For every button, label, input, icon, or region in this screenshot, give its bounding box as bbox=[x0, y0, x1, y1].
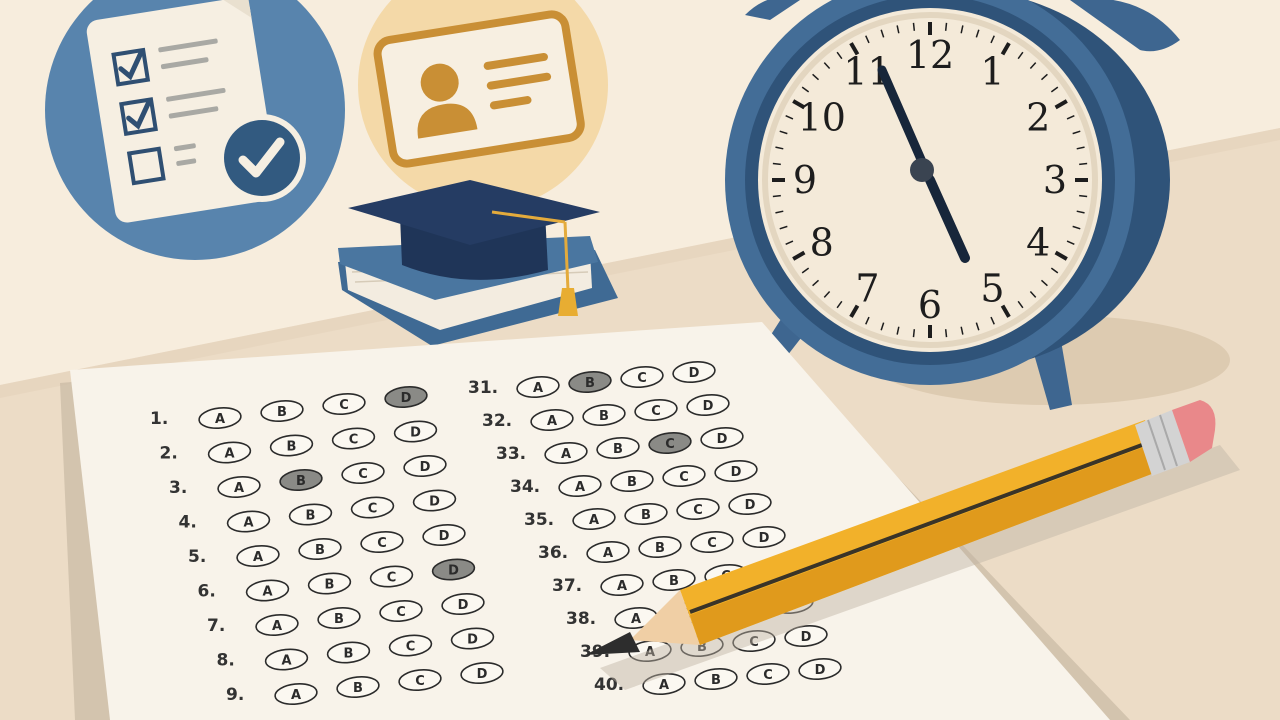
question-number: 34. bbox=[510, 477, 540, 497]
bubble-letter: C bbox=[637, 371, 647, 386]
clock-number-5: 5 bbox=[980, 266, 1004, 310]
bubble-letter: C bbox=[396, 605, 406, 620]
bubble-letter: B bbox=[344, 647, 354, 662]
bubble-letter: A bbox=[547, 414, 557, 429]
bubble-letter: D bbox=[689, 366, 700, 381]
bubble-letter: C bbox=[358, 467, 368, 482]
bubble-letter: D bbox=[815, 663, 826, 678]
clock-number-10: 10 bbox=[798, 96, 846, 140]
clock-number-7: 7 bbox=[855, 266, 879, 310]
exam-illustration: 121234567891011 1.ABCD2.ABCD3.ABCD4.ABCD… bbox=[0, 0, 1280, 720]
bubble-letter: C bbox=[707, 536, 717, 551]
clock-number-3: 3 bbox=[1043, 158, 1067, 202]
bubble-letter: B bbox=[296, 474, 306, 489]
bubble-letter: A bbox=[617, 579, 627, 594]
bubble-letter: D bbox=[801, 630, 812, 645]
bubble-letter: B bbox=[277, 405, 287, 420]
question-number: 38. bbox=[566, 609, 596, 629]
illustration-canvas: 121234567891011 1.ABCD2.ABCD3.ABCD4.ABCD… bbox=[0, 0, 1280, 720]
clock-number-8: 8 bbox=[810, 221, 834, 265]
bubble-letter: A bbox=[589, 513, 599, 528]
bubble-letter: D bbox=[458, 598, 469, 613]
question-number: 8. bbox=[217, 651, 235, 671]
bubble-letter: B bbox=[353, 681, 363, 696]
bubble-letter: C bbox=[339, 398, 349, 413]
bubble-letter: C bbox=[651, 404, 661, 419]
bubble-letter: A bbox=[262, 585, 272, 600]
bubble-letter: D bbox=[410, 426, 421, 441]
bubble-letter: B bbox=[627, 475, 637, 490]
bubble-letter: A bbox=[575, 480, 585, 495]
bubble-letter: A bbox=[272, 619, 282, 634]
bubble-letter: A bbox=[603, 546, 613, 561]
question-number: 37. bbox=[552, 576, 582, 596]
bubble-letter: D bbox=[448, 564, 459, 579]
bubble-letter: C bbox=[693, 503, 703, 518]
question-number: 4. bbox=[179, 513, 197, 533]
question-number: 2. bbox=[160, 444, 178, 464]
bubble-letter: A bbox=[659, 678, 669, 693]
bubble-letter: B bbox=[641, 508, 651, 523]
bubble-letter: C bbox=[377, 536, 387, 551]
bubble-letter: B bbox=[334, 612, 344, 627]
bubble-letter: D bbox=[420, 460, 431, 475]
bubble-letter: B bbox=[306, 509, 316, 524]
bubble-letter: D bbox=[745, 498, 756, 513]
clock-number-6: 6 bbox=[918, 283, 942, 327]
bubble-letter: B bbox=[711, 673, 721, 688]
question-number: 32. bbox=[482, 411, 512, 431]
bubble-letter: A bbox=[243, 516, 253, 531]
bubble-letter: D bbox=[439, 529, 450, 544]
bubble-letter: B bbox=[585, 376, 595, 391]
question-number: 3. bbox=[169, 478, 187, 498]
bubble-letter: D bbox=[731, 465, 742, 480]
bubble-letter: C bbox=[763, 668, 773, 683]
bubble-letter: C bbox=[387, 571, 397, 586]
clock-number-1: 1 bbox=[980, 50, 1004, 94]
bubble-letter: D bbox=[467, 633, 478, 648]
bubble-letter: B bbox=[599, 409, 609, 424]
bubble-letter: A bbox=[291, 688, 301, 703]
bubble-letter: B bbox=[613, 442, 623, 457]
clock-number-12: 12 bbox=[906, 33, 954, 77]
bubble-letter: A bbox=[561, 447, 571, 462]
bubble-letter: C bbox=[349, 433, 359, 448]
clock-number-4: 4 bbox=[1026, 221, 1050, 265]
bubble-letter: A bbox=[224, 447, 234, 462]
question-number: 33. bbox=[496, 444, 526, 464]
bubble-letter: B bbox=[287, 440, 297, 455]
question-number: 31. bbox=[468, 378, 498, 398]
bubble-letter: D bbox=[759, 531, 770, 546]
question-number: 36. bbox=[538, 543, 568, 563]
bubble-letter: D bbox=[429, 495, 440, 510]
bubble-letter: A bbox=[281, 654, 291, 669]
bubble-letter: B bbox=[655, 541, 665, 556]
bubble-letter: A bbox=[253, 550, 263, 565]
bubble-letter: A bbox=[533, 381, 543, 396]
bubble-letter: D bbox=[477, 667, 488, 682]
question-number: 1. bbox=[150, 409, 168, 429]
question-number: 35. bbox=[524, 510, 554, 530]
bubble-letter: A bbox=[631, 612, 641, 627]
bubble-letter: D bbox=[401, 391, 412, 406]
checklist-icon bbox=[45, 0, 345, 260]
bubble-letter: B bbox=[325, 578, 335, 593]
bubble-letter: A bbox=[215, 412, 225, 427]
id-card-icon bbox=[358, 0, 608, 210]
bubble-letter: C bbox=[679, 470, 689, 485]
question-number: 6. bbox=[198, 582, 216, 602]
bubble-letter: D bbox=[703, 399, 714, 414]
question-number: 9. bbox=[226, 685, 244, 705]
bubble-letter: B bbox=[315, 543, 325, 558]
bubble-letter: C bbox=[665, 437, 675, 452]
bubble-letter: C bbox=[406, 640, 416, 655]
bubble-letter: B bbox=[669, 574, 679, 589]
bubble-letter: C bbox=[415, 674, 425, 689]
clock-number-9: 9 bbox=[793, 158, 817, 202]
bubble-letter: D bbox=[717, 432, 728, 447]
bubble-letter: A bbox=[234, 481, 244, 496]
question-number: 7. bbox=[207, 616, 225, 636]
clock-number-2: 2 bbox=[1026, 96, 1050, 140]
bubble-letter: C bbox=[368, 502, 378, 517]
question-number: 5. bbox=[188, 547, 206, 567]
